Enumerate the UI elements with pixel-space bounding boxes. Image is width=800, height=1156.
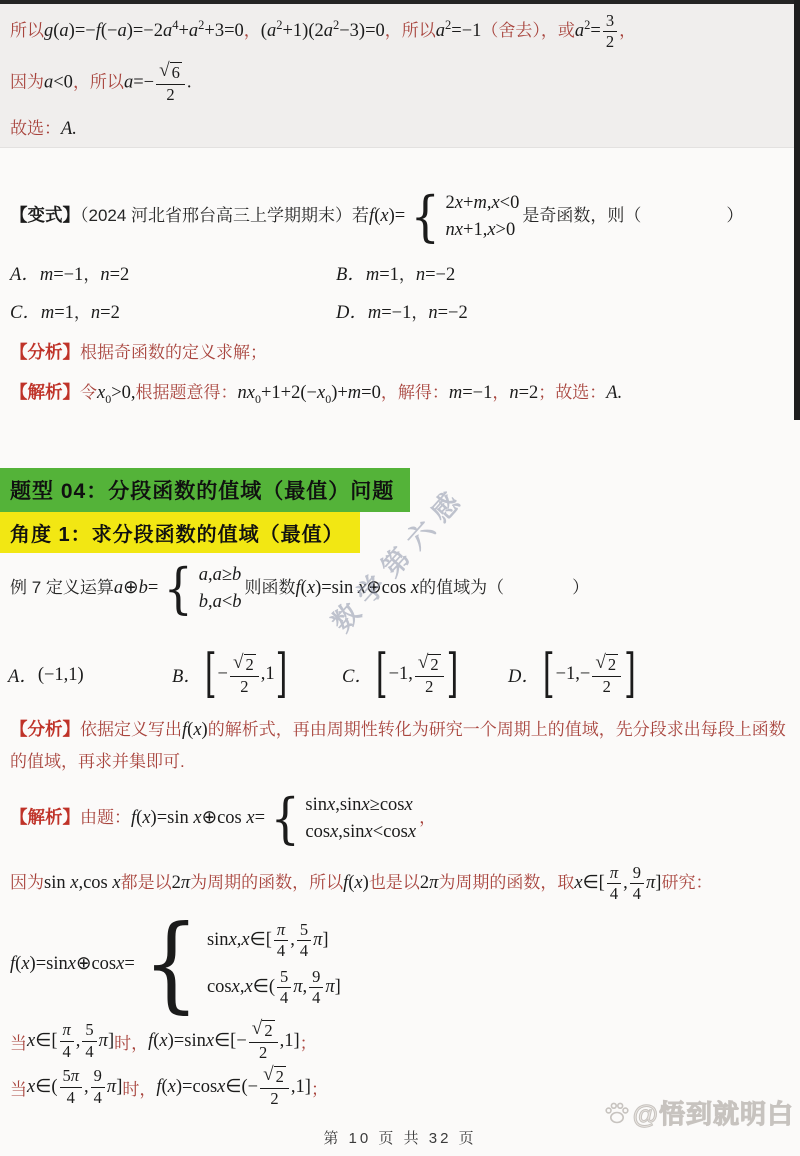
math-run: ∈( [253,974,275,1001]
text-run: ） [504,578,589,597]
math-run: 2 [603,678,611,696]
math-run: , [290,927,295,954]
math-run: x [232,974,240,1001]
math-run: =2 [110,265,130,285]
variant-analysis: 【分析】根据奇函数的定义求解； [10,338,267,364]
math-run: n [238,383,247,403]
math-run: =−2 [425,265,455,285]
bracket-left-icon: [ [375,649,389,702]
bracket-right-icon: ] [275,649,289,702]
fraction: 94 [630,864,644,903]
math-run: = [590,21,600,41]
math-run: , [303,974,308,1001]
case-row: nx+1,x>0 [446,217,520,244]
text-run: ， [619,21,636,40]
text-run: 令 [80,383,97,402]
math-run: )= [176,1077,193,1098]
math-run: cos [305,819,330,846]
variant-option-d: D．m=−1，n=−2 [336,298,468,324]
variant-option-c: C．m=1，n=2 [10,298,120,324]
math-run: π [646,873,655,893]
math-run: π [277,921,285,939]
math-run: 4 [172,18,178,32]
text-run: ， [419,808,436,827]
math-run: a [59,21,68,41]
text-run: ；故选： [538,383,606,402]
square-root: √2 [263,1066,286,1087]
text-run: 【变式】 [10,205,80,225]
brace-icon: { [271,795,300,844]
solution-answer-line: 故选：A. [10,114,77,140]
case-row: sin x,x∈[π4,54π] [207,921,341,960]
math-run: ,1] [280,1031,300,1052]
brace-icon: { [411,193,440,242]
fraction: 32 [603,12,617,51]
text-run: 当 [10,1075,27,1100]
math-run: − [218,664,228,685]
text-run: ， [411,303,428,322]
math-run: a [436,21,445,41]
math-run: m [368,303,381,323]
math-run: )=− [69,21,96,41]
math-run: 0 [255,392,261,406]
math-run: b [232,589,241,616]
math-run: cos [207,974,232,1001]
math-run: 4 [63,1043,71,1061]
page-edge-shadow [794,0,800,420]
math-run: 4 [280,989,288,1007]
math-run: sin [207,927,229,954]
math-run: , [623,873,628,893]
text-run: 根据题意得： [136,383,238,402]
math-run: ] [322,927,328,954]
math-run: m [449,383,462,403]
text-run: 为周期的函数，所以 [190,873,343,892]
math-run: 2 [276,18,282,32]
math-run: cos [193,1077,218,1098]
math-run: 0 [105,392,111,406]
math-run: ≥ [370,792,380,819]
math-run: x [68,954,76,975]
math-run: 2 [172,873,181,893]
example7-analysis: 【分析】依据定义写出f(x)的解析式，再由周期性转化为研究一个周期上的值域，先分… [10,714,796,778]
math-run: a [199,562,208,589]
math-run: 2 [198,18,204,32]
math-run: cos [383,819,408,846]
math-run: x [21,954,29,975]
math-run: ∈[ [35,1030,57,1052]
math-run: x [246,808,254,828]
text-run: （2024 河北省邢台高三上学期期末）若 [80,206,369,225]
math-run: 2 [606,33,614,51]
example7-case1: 当x∈[π4,54π]时， f(x)=sin x∈[−√22,1]； [10,1018,317,1064]
math-run: D． [508,662,540,688]
fraction: √22 [415,654,444,696]
math-run: ⊕ [202,808,218,828]
math-run: π [71,1067,79,1085]
topic-04-header: 题型 04：分段函数的值域（最值）问题 [0,468,410,512]
bracket-group: [−1,−√22] [542,654,637,696]
fraction: √22 [230,654,259,696]
math-run: x [142,808,150,828]
math-run: =−1 [451,21,481,41]
math-run: 5 [63,1067,71,1085]
math-run: 2 [333,18,339,32]
math-run: 4 [300,942,308,960]
radical-icon: √ [418,653,429,672]
radical-icon: √ [252,1019,263,1038]
math-run: x [491,190,499,217]
bracket-right-icon: ] [623,649,637,702]
math-run: =1 [379,265,399,285]
math-run: ∈( [35,1076,57,1098]
square-root: √6 [159,62,182,83]
math-run: B． [172,662,202,688]
baidu-paw-icon [604,1100,630,1126]
case-row: sin x,sin x≥cos x [305,792,416,819]
example7-piecewise-equation: f(x)=sin x⊕cos x={sin x,x∈[π4,54π]cos x,… [10,912,344,1016]
corner-watermark: @悟到就明白 [604,1094,794,1131]
math-run: sin [44,873,70,893]
example7-solution: 【解析】由题：f(x)=sin x⊕cos x={sin x,sin x≥cos… [10,792,436,846]
text-run: 因为 [10,72,44,91]
math-run: )= [168,1031,185,1052]
math-run: x [404,792,412,819]
solution-line-2: 因为a<0，所以a=−√62. [10,62,191,104]
fraction: √22 [592,654,621,696]
text-run: 都是以 [121,873,172,892]
math-run: m [41,303,54,323]
math-run: sin [305,792,327,819]
math-run: cos [217,808,246,828]
piecewise-cases: {a,a≥bb,a<b [161,562,241,616]
math-run: 2 [445,18,451,32]
math-run: D． [336,303,368,323]
bracket-group: [−√22,1] [204,654,289,696]
text-run: 【解析】 [10,382,80,402]
math-run: . [187,72,192,92]
math-run: a [124,72,133,92]
bracket-left-icon: [ [542,649,556,702]
math-run: a [163,21,172,41]
math-run: A. [61,119,77,139]
math-run: < [222,589,232,616]
math-run: a [213,562,222,589]
text-run: 时， [122,1075,156,1100]
fraction: 5π4 [60,1067,83,1106]
text-run: 【分析】 [10,342,80,362]
example7-question: 例 7 定义运算a⊕b={a,a≥bb,a<b则函数f(x)=sin x⊕cos… [10,562,589,616]
text-run: 由题： [80,808,131,827]
math-run: π [429,873,438,893]
fraction: √22 [249,1020,278,1062]
math-run: 2 [584,18,590,32]
math-run: n [428,303,437,323]
math-run: 2 [270,1090,278,1108]
math-run: b [232,562,241,589]
solution-line-1: 所以g(a)=−f(−a)=−2a4+a2+3=0，(a2+1)(2a2−3)=… [10,12,636,51]
math-run: x [193,808,201,828]
math-run: a [117,21,126,41]
bracket-group: [−1,√22] [375,654,460,696]
math-run: C． [342,662,373,688]
math-run: π [63,1021,71,1039]
text-run: 根据奇函数的定义求解； [80,343,267,362]
math-run: ∈[ [250,927,272,954]
math-run: )+ [331,383,348,403]
math-run: m [40,265,53,285]
math-run: + [463,190,473,217]
math-run: ∈[− [214,1030,247,1052]
bracket-left-icon: [ [204,649,218,702]
math-run: (− [101,21,118,41]
example7-option-d: D．[−1,−√22] [508,644,639,706]
math-run: π [181,873,190,893]
math-run: 5 [300,921,308,939]
math-run: 2 [608,655,616,674]
math-run: a [267,21,276,41]
math-run: A． [8,662,38,688]
math-run: ∈[ [583,873,605,893]
math-run: A． [10,265,40,285]
math-run: C． [10,303,41,323]
square-root: √2 [252,1020,275,1041]
math-run: 3 [606,12,614,30]
math-run: )= [315,578,332,598]
math-run: +3=0 [204,21,243,41]
math-run: B． [336,265,366,285]
brace-icon: { [164,565,193,614]
fraction: π4 [274,921,288,960]
fraction: √22 [260,1066,289,1108]
math-run: =1 [54,303,74,323]
math-run: x [244,974,252,1001]
radical-icon: √ [263,1065,274,1084]
fraction: √62 [156,62,185,104]
math-run: 4 [312,989,320,1007]
math-run: =−1 [53,265,83,285]
math-run: 5 [85,1021,93,1039]
math-run: 2 [276,1067,284,1086]
math-run: a [114,578,123,598]
math-run: >0 [496,217,516,244]
math-run: ≥ [222,562,232,589]
math-run: sin [46,954,68,975]
case-row: 2x+m,x<0 [446,190,520,217]
math-run: <0 [500,190,520,217]
math-run: x [206,1031,214,1052]
math-run: m [366,265,379,285]
text-run: ） [641,206,743,225]
math-run: x [330,819,338,846]
example7-option-b: B．[−√22,1] [172,644,290,706]
math-run: a [575,21,584,41]
example7-period-note: 因为sin x,cos x都是以2π为周期的函数，所以f(x)也是以2π为周期的… [10,864,712,903]
math-run: x [97,383,105,403]
math-run: π [610,864,618,882]
brace-icon: { [143,917,199,1011]
text-run: 的值域为（ [419,578,504,597]
math-run: n [446,217,455,244]
math-run: x [327,792,335,819]
text-run: （舍去），或 [481,21,575,40]
math-run: 4 [633,885,641,903]
math-run: x [247,383,255,403]
math-run: x [193,720,201,740]
math-run: 4 [277,942,285,960]
math-run: 2 [264,1021,272,1040]
math-run: 2 [425,678,433,696]
math-run: g [44,21,53,41]
math-run: x [168,1077,176,1098]
math-run: 9 [312,968,320,986]
math-run: x [241,927,249,954]
math-run: cos [91,954,116,975]
math-run: 2 [259,1044,267,1062]
math-run: x [411,578,419,598]
math-run: 4 [94,1089,102,1107]
math-run: 2 [430,655,438,674]
math-run: )= [30,954,47,975]
square-root: √2 [418,654,441,675]
case-row: b,a<b [199,589,242,616]
math-run: = [124,954,134,975]
math-run: 9 [94,1067,102,1085]
math-run: −3)=0 [339,21,385,41]
math-run: n [509,383,518,403]
text-run: ， [83,265,100,284]
math-run: +1+2(− [261,383,317,403]
math-run: m [348,383,361,403]
math-run: x [455,190,463,217]
math-run: A. [606,383,622,403]
bracket-right-icon: ] [446,649,460,702]
math-run: =− [133,72,154,92]
math-run: 2 [240,678,248,696]
math-run: π [313,927,322,954]
math-run: =0 [361,383,381,403]
text-run: ； [311,1075,328,1100]
text-run: 例 7 定义运算 [10,578,114,597]
text-run: ， [399,265,416,284]
fraction: 54 [82,1021,96,1060]
variant-option-b: B．m=1，n=−2 [336,260,455,286]
math-run: x [455,217,463,244]
example7-option-a: A．(−1,1) [8,644,84,706]
math-run: ] [335,974,341,1001]
variant-option-a: A．m=−1，n=2 [10,260,129,286]
fraction: 54 [277,968,291,1007]
angle-1-header: 角度 1：求分段函数的值域（最值） [0,512,360,553]
math-run: , [76,1031,81,1052]
math-run: )= [389,206,406,226]
text-run: ， [492,383,509,402]
case-row: a,a≥b [199,562,242,589]
math-run: ,cos [78,873,112,893]
text-run: ； [300,1029,317,1054]
math-run: < [373,819,383,846]
math-run: 2 [246,655,254,674]
math-run: =−1 [462,383,492,403]
math-run: cos [380,792,405,819]
math-run: x [27,1077,35,1098]
text-run: 因为 [10,873,44,892]
math-run: a [189,21,198,41]
math-run: )= [151,808,168,828]
math-run: a [324,21,333,41]
math-run: 0 [325,392,331,406]
text-run: 则函数 [245,578,296,597]
math-run: ⊕ [123,578,139,598]
square-root: √2 [233,654,256,675]
math-run: 4 [67,1089,75,1107]
math-run: (−1,1) [38,665,84,686]
math-run: x [217,1077,225,1098]
text-run: ，所以 [73,72,124,91]
math-run: 6 [172,63,180,82]
math-run: =2 [519,383,539,403]
math-run: 5 [280,968,288,986]
math-run: m [473,190,486,217]
math-run: <0 [53,72,73,92]
text-run: 时， [114,1029,148,1054]
variant-solution: 【解析】令x0>0,根据题意得：nx0+1+2(−x0)+m=0，解得：m=−1… [10,378,622,404]
math-run: b [199,589,208,616]
math-run: n [416,265,425,285]
text-run: ， [244,21,261,40]
math-run: +1)(2 [282,21,323,41]
math-run: x [574,873,582,893]
math-run: ∈(− [225,1076,258,1098]
math-run: −1,− [556,664,591,685]
fraction: π4 [60,1021,74,1060]
piecewise-cases: {2x+m,x<0nx+1,x>0 [408,190,519,244]
math-run: sin [343,819,365,846]
math-run: π [107,1077,116,1098]
case-row: cos x,x∈(54π,94π] [207,968,341,1007]
piecewise-cases: {sin x,x∈[π4,54π]cos x,x∈(54π,94π] [138,917,341,1012]
text-run: 是奇函数，则（ [522,206,641,225]
math-run: sin [167,808,193,828]
math-run: ⊕ [76,953,92,975]
math-run: 4 [85,1043,93,1061]
math-run: >0, [111,383,135,403]
math-run: 2 [446,190,455,217]
math-run: 4 [610,885,618,903]
math-run: π [293,974,302,1001]
math-run: a [213,589,222,616]
math-run: π [99,1031,108,1052]
math-run: π [325,974,334,1001]
document-page: 所以g(a)=−f(−a)=−2a4+a2+3=0，(a2+1)(2a2−3)=… [0,0,800,1156]
radical-icon: √ [233,653,244,672]
math-run: n [91,303,100,323]
math-run: x [116,954,124,975]
math-run: x [380,206,388,226]
fraction: π4 [607,864,621,903]
fraction: 54 [297,921,311,960]
math-run: −1, [389,664,413,685]
math-run: x [307,578,315,598]
fraction: 94 [309,968,323,1007]
text-run: 所以 [10,21,44,40]
math-run: 2 [420,873,429,893]
text-run: 研究： [661,873,712,892]
math-run: =−1 [381,303,411,323]
example7-case2: 当x∈(5π4,94π]时， f(x)=cos x∈(−√22,1]； [10,1062,328,1112]
math-run: x [317,383,325,403]
math-run: 9 [633,864,641,882]
